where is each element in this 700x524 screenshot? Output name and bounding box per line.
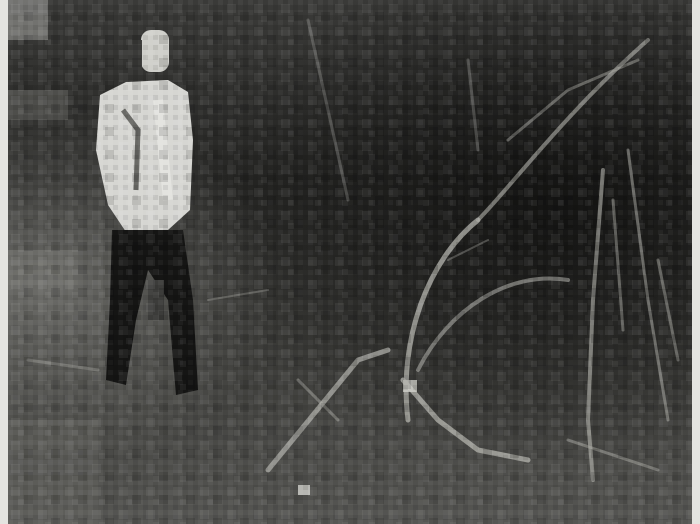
photo-canvas bbox=[8, 0, 692, 524]
image-frame bbox=[0, 0, 700, 524]
photograph bbox=[8, 0, 692, 524]
